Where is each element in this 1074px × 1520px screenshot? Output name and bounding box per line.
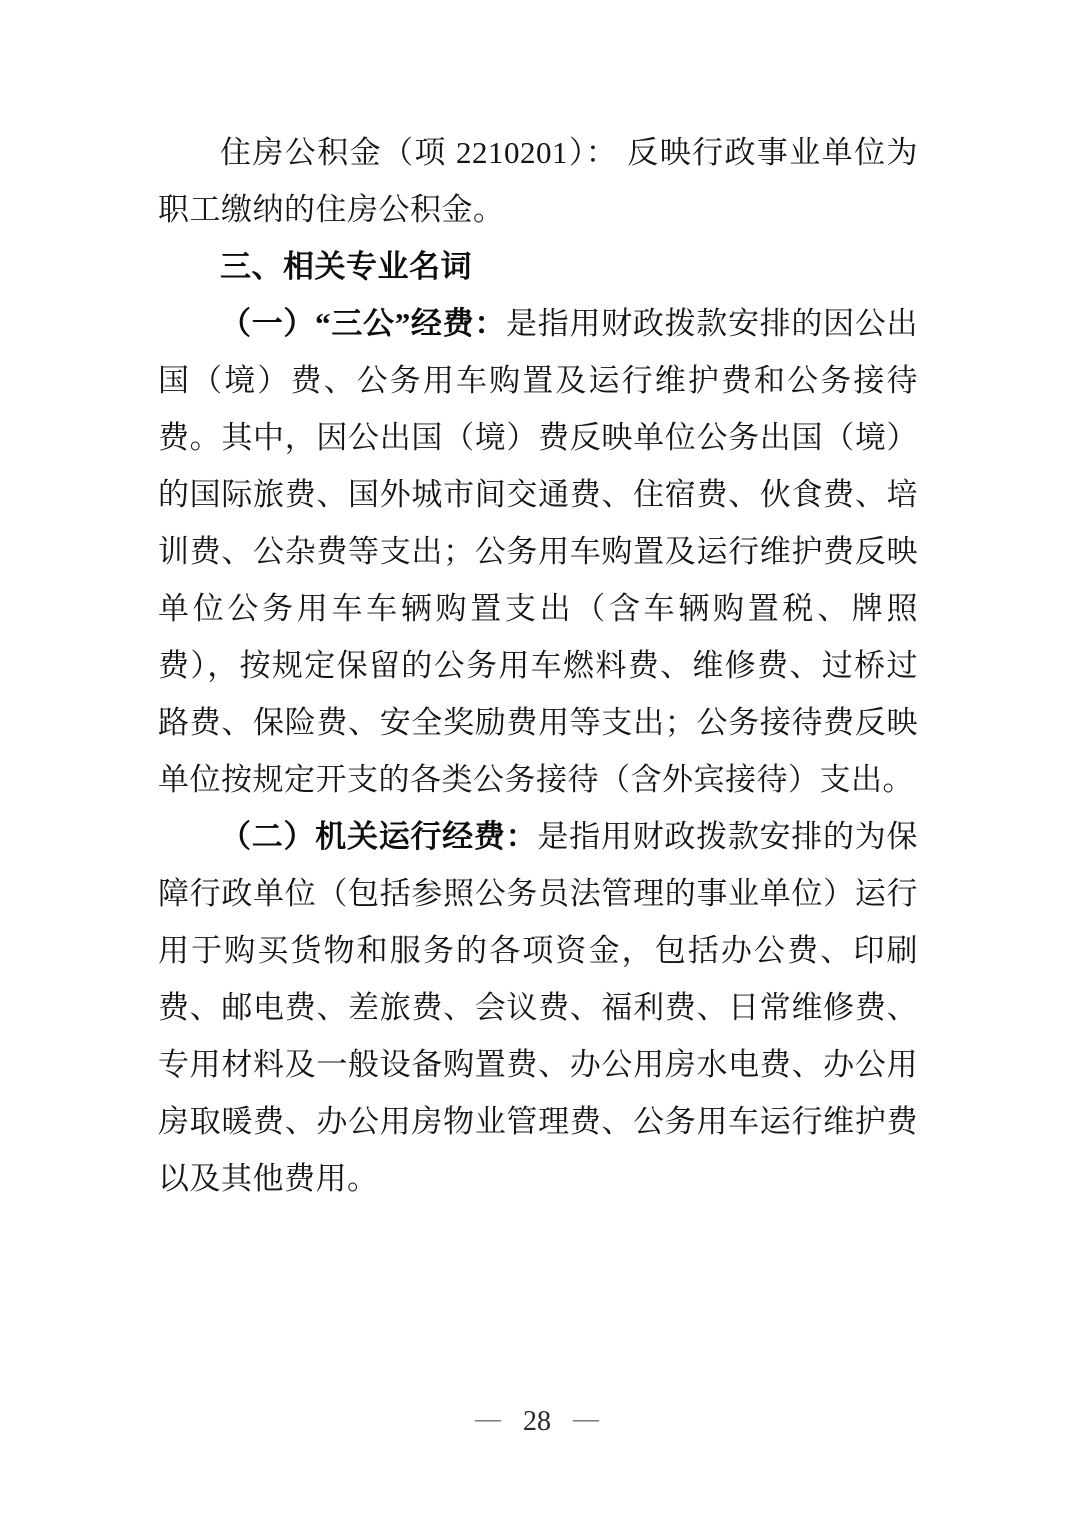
body-text: 住房公积金（项 2210201）： 反映行政事业单位为职工缴纳的住房公积金。	[158, 135, 918, 227]
page-number: 28	[523, 1402, 551, 1442]
document-page: 住房公积金（项 2210201）： 反映行政事业单位为职工缴纳的住房公积金。三、…	[0, 0, 1074, 1520]
paragraph-housing-fund: 住房公积金（项 2210201）： 反映行政事业单位为职工缴纳的住房公积金。	[158, 124, 918, 238]
bold-lead-in-text: （二）机关运行经费：	[220, 819, 537, 854]
body-text: 是指用财政拨款安排的为保障行政单位（包括参照公务员法管理的事业单位）运行用于购买…	[158, 819, 918, 1196]
paragraph-agency-operating-funds: （二）机关运行经费：是指用财政拨款安排的为保障行政单位（包括参照公务员法管理的事…	[158, 808, 918, 1207]
section-heading-related-terms: 三、相关专业名词	[158, 238, 918, 295]
page-footer: —28—	[0, 1402, 1074, 1442]
footer-right-dash: —	[573, 1404, 599, 1433]
document-body: 住房公积金（项 2210201）： 反映行政事业单位为职工缴纳的住房公积金。三、…	[158, 124, 918, 1207]
paragraph-three-public-expenses: （一）“三公”经费：是指用财政拨款安排的因公出国（境）费、公务用车购置及运行维护…	[158, 295, 918, 808]
bold-lead-in-text: （一）“三公”经费：	[220, 306, 506, 341]
bold-lead-in-text: 三、相关专业名词	[220, 249, 472, 284]
footer-left-dash: —	[475, 1404, 501, 1433]
body-text: 是指用财政拨款安排的因公出国（境）费、公务用车购置及运行维护费和公务接待费。其中…	[158, 306, 918, 797]
